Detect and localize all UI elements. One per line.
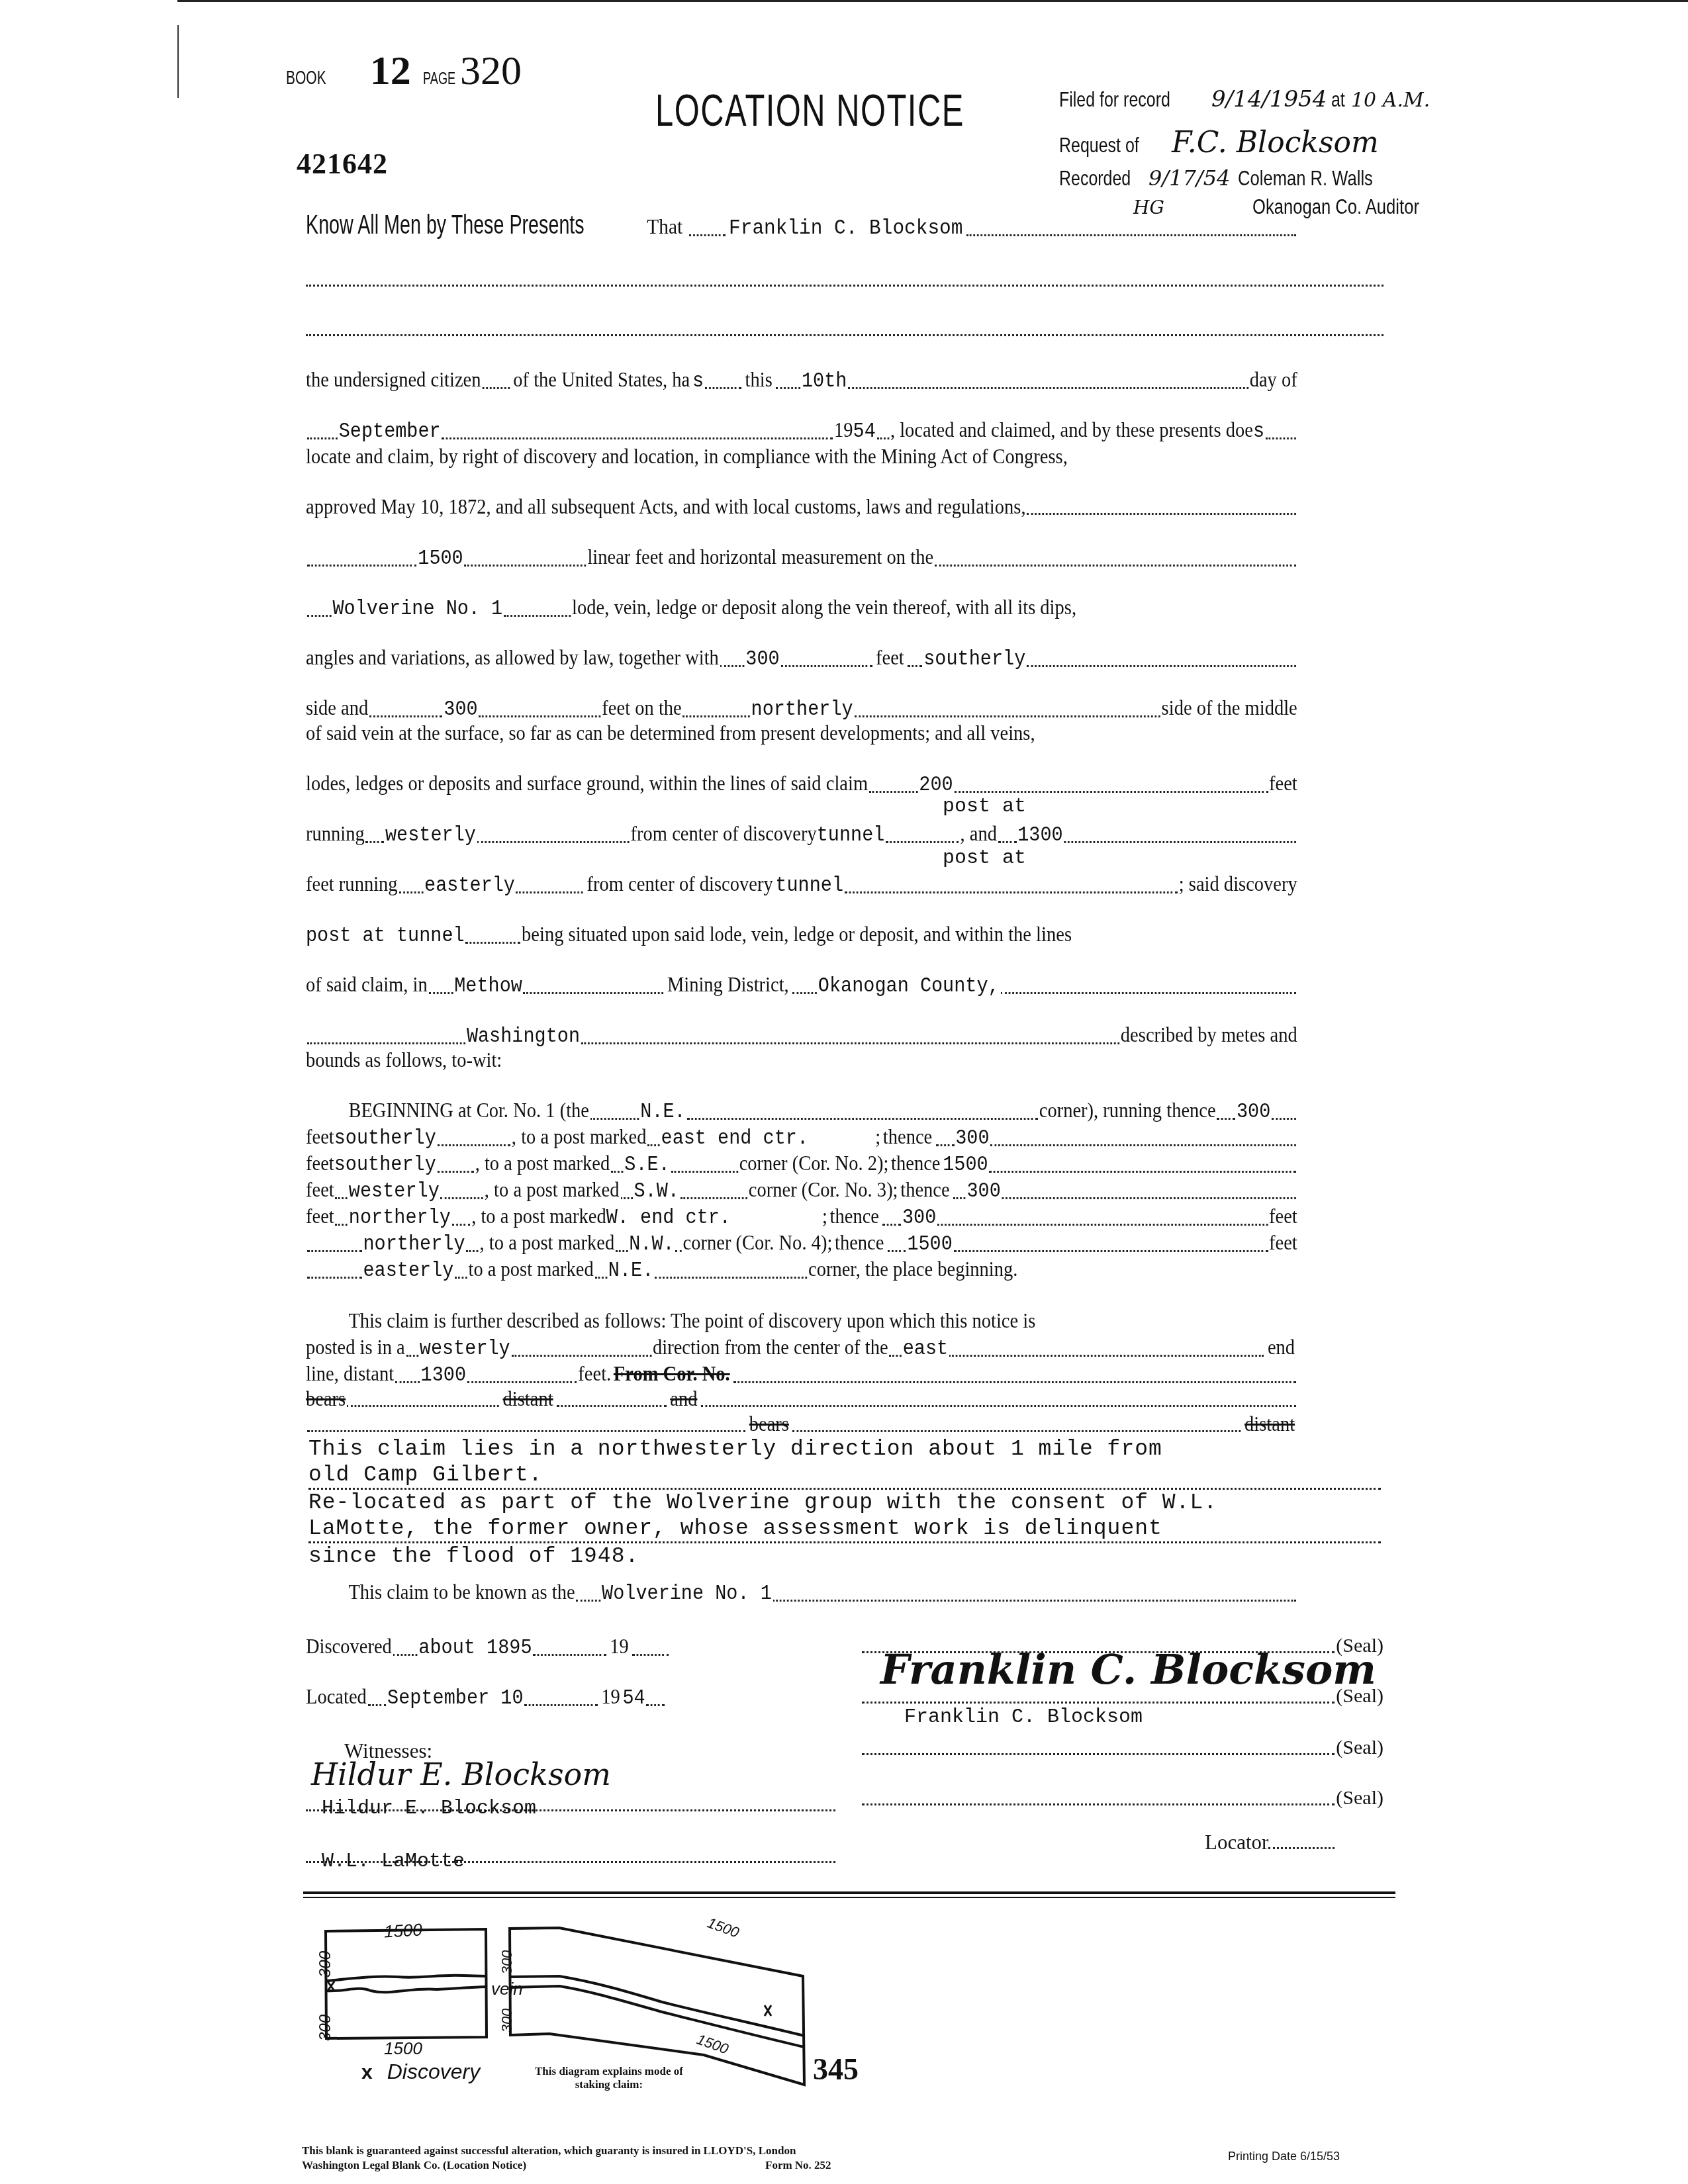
- bears-line-2: bears distant: [306, 1412, 1297, 1436]
- located-year-field[interactable]: 54: [622, 1687, 645, 1710]
- seal-line-4: (Seal): [861, 1787, 1383, 1809]
- discovery-2-field[interactable]: tunnel: [775, 874, 843, 897]
- auditor-name: Coleman R. Walls: [1238, 166, 1373, 191]
- state-field[interactable]: Washington: [467, 1025, 580, 1048]
- diagram-legend: x Discovery: [361, 2060, 480, 2084]
- lode-name-field[interactable]: Wolverine No. 1: [332, 598, 502, 621]
- state-line: Washington described by metes and: [306, 1023, 1297, 1048]
- lode-line: Wolverine No. 1 lode, vein, ledge or dep…: [306, 596, 1297, 621]
- beginning-line: BEGINNING at Cor. No. 1 (the N.E. corner…: [306, 1099, 1297, 1124]
- filed-for-record-label: Filed for record: [1059, 87, 1178, 112]
- located-field[interactable]: September 10: [387, 1687, 523, 1710]
- known-as-field[interactable]: Wolverine No. 1: [602, 1582, 772, 1606]
- running-2-line: feet running easterly from center of dis…: [306, 872, 1297, 897]
- day-field[interactable]: 10th: [802, 370, 847, 393]
- typed-remarks: This claim lies in a northwesterly direc…: [308, 1436, 1381, 1569]
- that-label: That: [647, 214, 682, 239]
- posted-direction-field[interactable]: westerly: [420, 1338, 510, 1361]
- divider-rule: [303, 1897, 1395, 1898]
- remark-line: since the flood of 1948.: [308, 1543, 1381, 1569]
- bound-post-4-field[interactable]: W. end ctr.: [606, 1206, 731, 1230]
- lodes-line: lodes, ledges or deposits and surface gr…: [306, 772, 1297, 797]
- witness-1-typed: Hildur E. Blocksom: [322, 1797, 536, 1820]
- bound-post-5-field[interactable]: N.W.: [629, 1233, 674, 1256]
- discovered-field[interactable]: about 1895: [418, 1637, 532, 1660]
- publisher-text: Washington Legal Blank Co. (Location Not…: [302, 2159, 526, 2172]
- bound-feet-1-field[interactable]: 300: [1237, 1101, 1270, 1124]
- side-feet-1-field[interactable]: 300: [745, 648, 779, 671]
- date-line: September 19 54 , located and claimed, a…: [306, 418, 1297, 443]
- year-field[interactable]: 54: [853, 420, 876, 443]
- diagram-right-width-bottom: 300: [498, 2009, 516, 2033]
- diagram-right-bottom-length: 1500: [694, 2030, 731, 2058]
- diagram-right-top-length: 1500: [705, 1914, 741, 1941]
- witness-1-signature: Hildur E. Blocksom: [311, 1756, 611, 1792]
- bound-line-2: feet southerly , to a post marked S.E. c…: [306, 1152, 1297, 1177]
- discovery-mark-icon: x: [361, 2062, 373, 2084]
- bound-line-5: northerly , to a post marked N.W. corner…: [306, 1231, 1297, 1256]
- legend-label: Discovery: [387, 2060, 480, 2084]
- bound-feet-2-field[interactable]: 300: [955, 1127, 989, 1150]
- blank-line: [306, 285, 1383, 287]
- page-title: LOCATION NOTICE: [655, 85, 964, 136]
- intro-label: Know All Men by These Presents: [306, 210, 572, 240]
- request-of-signature: F.C. Blocksom: [1172, 126, 1379, 159]
- bound-line-1: feet southerly , to a post marked east e…: [306, 1125, 1297, 1150]
- form-number: Form No. 252: [765, 2159, 831, 2172]
- start-corner-field[interactable]: N.E.: [640, 1101, 685, 1124]
- divider-rule: [303, 1891, 1395, 1894]
- para1-line2: locate and claim, by right of discovery …: [306, 445, 1297, 469]
- angles-line: angles and variations, as allowed by law…: [306, 646, 1297, 671]
- bound-direction-6-field[interactable]: easterly: [363, 1259, 453, 1283]
- filed-at-label: at: [1331, 87, 1345, 112]
- claim-feet-2-field[interactable]: 1300: [1017, 824, 1062, 847]
- bound-feet-5-field[interactable]: 300: [902, 1206, 936, 1230]
- running-direction-1-field[interactable]: westerly: [385, 824, 476, 847]
- page-label: PAGE: [423, 68, 455, 89]
- bound-post-1-field[interactable]: east end ctr.: [661, 1127, 808, 1150]
- book-label: BOOK: [286, 67, 326, 89]
- diagram-vein-label: vein: [491, 1979, 523, 1999]
- side-direction-2-field[interactable]: northerly: [751, 698, 853, 721]
- remark-line: This claim lies in a northwesterly direc…: [308, 1436, 1381, 1462]
- discovery-1-field[interactable]: tunnel: [817, 824, 885, 847]
- bound-feet-6-field[interactable]: 1500: [907, 1233, 952, 1256]
- recorded-date: 9/17/54: [1149, 165, 1230, 191]
- seal-line-3: (Seal): [861, 1737, 1383, 1759]
- locator-typed-name: Franklin C. Blocksom: [904, 1706, 1143, 1729]
- para1-line3: approved May 10, 1872, and all subsequen…: [306, 495, 1297, 519]
- guarantee-text: This blank is guaranteed against success…: [302, 2144, 796, 2158]
- running-1-line: running westerly from center of discover…: [306, 822, 1297, 847]
- remark-line: LaMotte, the former owner, whose assessm…: [308, 1516, 1381, 1543]
- staking-diagram: [0, 0, 1688, 2184]
- diagram-left-width-bottom: 300: [316, 2015, 335, 2041]
- county-field[interactable]: Okanogan County,: [818, 975, 1000, 998]
- has-suffix-field[interactable]: s: [692, 370, 704, 393]
- running-direction-2-field[interactable]: easterly: [424, 874, 515, 897]
- side-direction-1-field[interactable]: southerly: [923, 648, 1025, 671]
- distant-field[interactable]: 1300: [421, 1364, 466, 1387]
- bound-post-6-field[interactable]: N.E.: [608, 1259, 653, 1283]
- locator-signature: Franklin C. Blocksom: [880, 1645, 1376, 1694]
- bound-line-6: easterly to a post marked N.E. corner, t…: [306, 1257, 1297, 1283]
- month-field[interactable]: September: [339, 420, 441, 443]
- bound-direction-2-field[interactable]: southerly: [334, 1154, 436, 1177]
- book-number: 12: [370, 48, 411, 95]
- discovery-point-line: post at tunnel being situated upon said …: [306, 923, 1297, 948]
- further-intro: This claim is further described as follo…: [306, 1309, 1297, 1333]
- bounds-line: bounds as follows, to-wit:: [306, 1048, 1297, 1072]
- page-number: 320: [460, 48, 522, 95]
- filed-date: 9/14/1954: [1211, 86, 1327, 113]
- center-of-field[interactable]: east: [903, 1338, 948, 1361]
- diagram-left-width-top: 300: [316, 1951, 335, 1978]
- page-top-border: [177, 0, 1688, 2]
- diagram-right-width-top: 300: [498, 1950, 516, 1975]
- request-of-label: Request of: [1059, 133, 1147, 158]
- claimant-name-field[interactable]: Franklin C. Blocksom: [726, 218, 965, 239]
- diagram-caption: This diagram explains mode of staking cl…: [535, 2065, 683, 2091]
- mining-district-field[interactable]: Methow: [454, 975, 522, 998]
- bound-direction-5-field[interactable]: northerly: [363, 1233, 465, 1256]
- stamp-number: 345: [813, 2052, 859, 2087]
- filed-time: 10 A.M.: [1351, 89, 1430, 112]
- distant-line: line, distant 1300 feet. From Cor. No.: [306, 1362, 1297, 1387]
- diagram-left-bottom-length: 1500: [384, 2038, 422, 2059]
- document-number: 421642: [297, 147, 388, 181]
- witness-2-typed: W.L. LaMotte: [322, 1850, 465, 1873]
- discovery-1-above: post at: [943, 796, 1026, 818]
- discovered-line: Discovered about 1895 19: [306, 1635, 793, 1660]
- bears-line: bears distant and: [306, 1387, 1297, 1411]
- blank-line: [306, 334, 1383, 336]
- discovery-2-above: post at: [943, 847, 1026, 870]
- discovery-point-field[interactable]: post at tunnel: [306, 925, 465, 948]
- known-as-line: This claim to be known as the Wolverine …: [306, 1580, 1297, 1606]
- page-left-border: [177, 25, 179, 98]
- bound-direction-3-field[interactable]: westerly: [349, 1180, 440, 1203]
- intro-line: Know All Men by These Presents That Fran…: [306, 210, 1297, 240]
- posted-line: posted is in a westerly direction from t…: [306, 1336, 1297, 1361]
- printing-date: Printing Date 6/15/53: [1228, 2150, 1340, 2163]
- recorded-label: Recorded: [1059, 166, 1129, 191]
- remark-line: old Camp Gilbert.: [308, 1462, 1381, 1490]
- bound-post-3-field[interactable]: S.W.: [633, 1180, 679, 1203]
- bound-direction-4-field[interactable]: northerly: [349, 1206, 451, 1230]
- bound-direction-1-field[interactable]: southerly: [334, 1127, 436, 1150]
- locator-label-line: Locator: [1205, 1831, 1335, 1854]
- side-line: side and 300 feet on the northerly side …: [306, 696, 1297, 721]
- claim-feet-1-field[interactable]: 200: [919, 774, 953, 797]
- bound-post-2-field[interactable]: S.E.: [624, 1154, 669, 1177]
- citizen-line: the undersigned citizen of the United St…: [306, 368, 1297, 393]
- bound-line-3: feet westerly , to a post marked S.W. co…: [306, 1178, 1297, 1203]
- side-feet-2-field[interactable]: 300: [444, 698, 477, 721]
- remark-line: Re-located as part of the Wolverine grou…: [308, 1490, 1381, 1516]
- bound-feet-4-field[interactable]: 300: [966, 1180, 1000, 1203]
- diagram-left-top-length: 1500: [383, 1920, 422, 1942]
- located-line: Located September 10 19 54: [306, 1685, 793, 1710]
- district-line: of said claim, in Methow Mining District…: [306, 973, 1297, 998]
- book-page-reference: BOOK 12 PAGE 320: [286, 48, 522, 95]
- linear-feet-line: 1500 linear feet and horizontal measurem…: [306, 545, 1297, 570]
- surface-line: of said vein at the surface, so far as c…: [306, 721, 1297, 745]
- bound-line-4: feet northerly , to a post marked W. end…: [306, 1205, 1297, 1230]
- linear-feet-field[interactable]: 1500: [418, 547, 463, 570]
- does-suffix-field[interactable]: s: [1253, 420, 1264, 443]
- bound-feet-3-field[interactable]: 1500: [943, 1154, 988, 1177]
- recording-stamp: Filed for record 9/14/1954 at 10 A.M. Re…: [1059, 86, 1523, 221]
